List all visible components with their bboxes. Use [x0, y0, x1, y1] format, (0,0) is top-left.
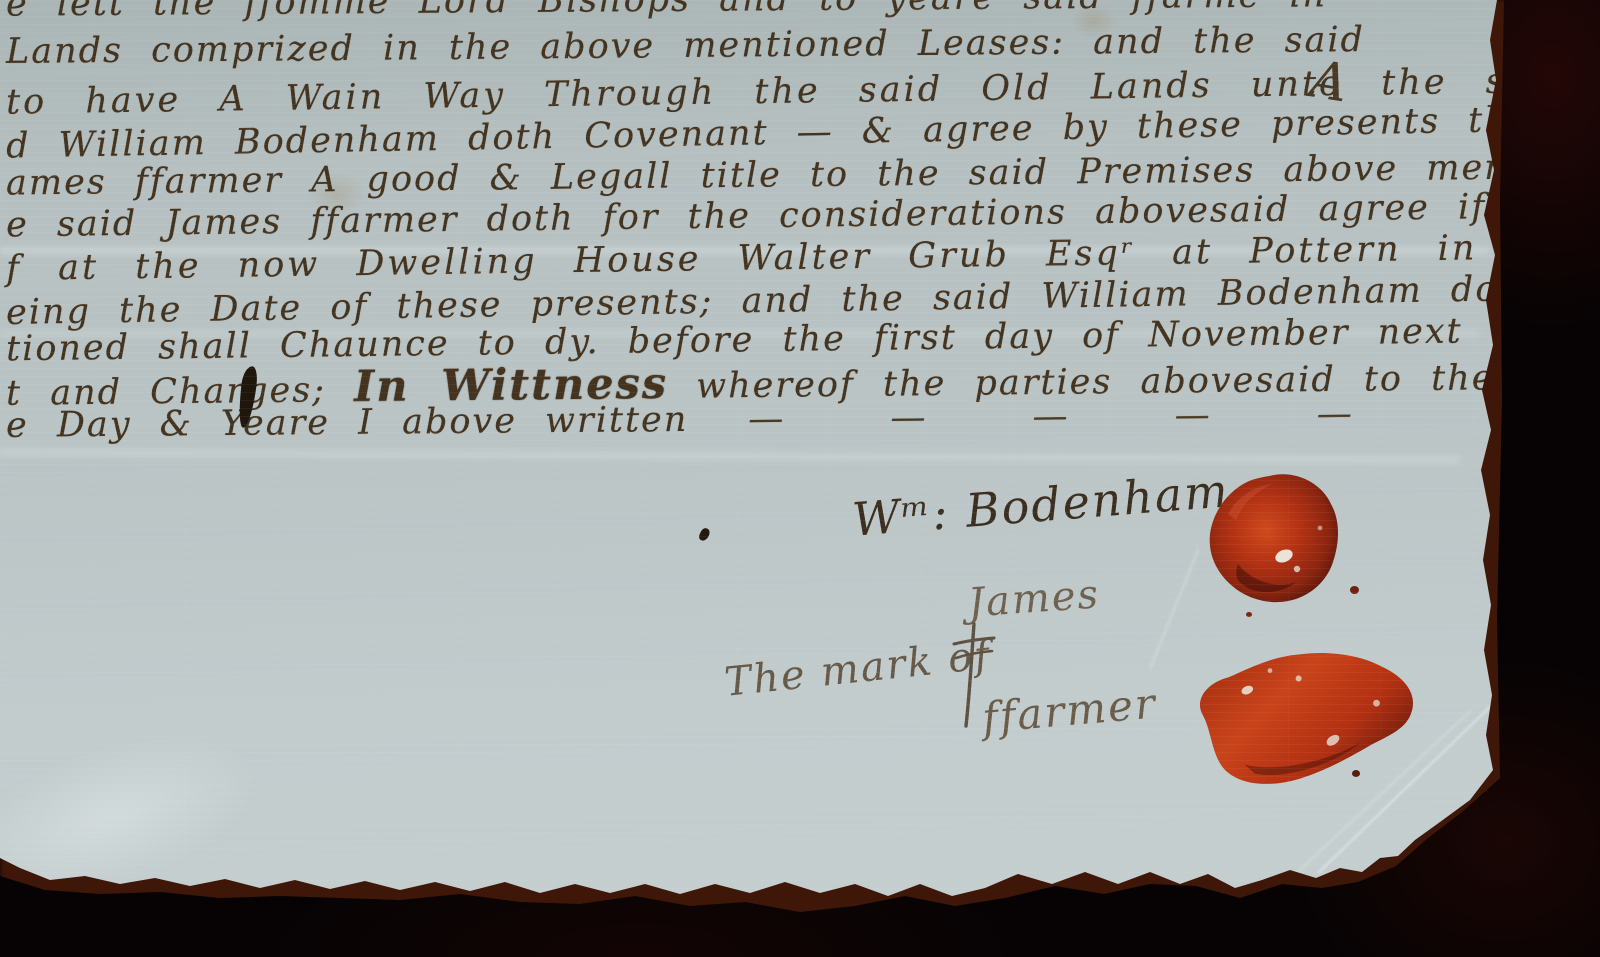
wax-speck — [1352, 770, 1360, 777]
photograph: e lett the ffomme Lord Bishops and to ye… — [0, 0, 1600, 957]
ink-speck — [698, 527, 712, 543]
wax-speck — [1350, 586, 1359, 594]
signature-farmer: ffarmer — [980, 678, 1159, 742]
manuscript-paper: e lett the ffomme Lord Bishops and to ye… — [0, 0, 1600, 957]
wax-speck — [1246, 612, 1252, 617]
signature-james: James — [967, 571, 1102, 626]
manuscript-line-2: Lands comprized in the above mentioned L… — [6, 20, 1365, 72]
closing-line-text: e Day & Yeare I above written — [6, 400, 689, 446]
round-wax-seal — [1198, 468, 1350, 620]
closing-line-dashes: — — — — — — [688, 394, 1352, 440]
manuscript-line-1: e lett the ffomme Lord Bishops and to ye… — [6, 0, 1327, 25]
irregular-wax-seal — [1176, 633, 1439, 820]
horizontal-fold-crease — [0, 448, 1460, 464]
signature-cross-mark-icon — [948, 620, 998, 730]
signature-william-bodenham: Wᵐ: Bodenham — [850, 463, 1231, 546]
